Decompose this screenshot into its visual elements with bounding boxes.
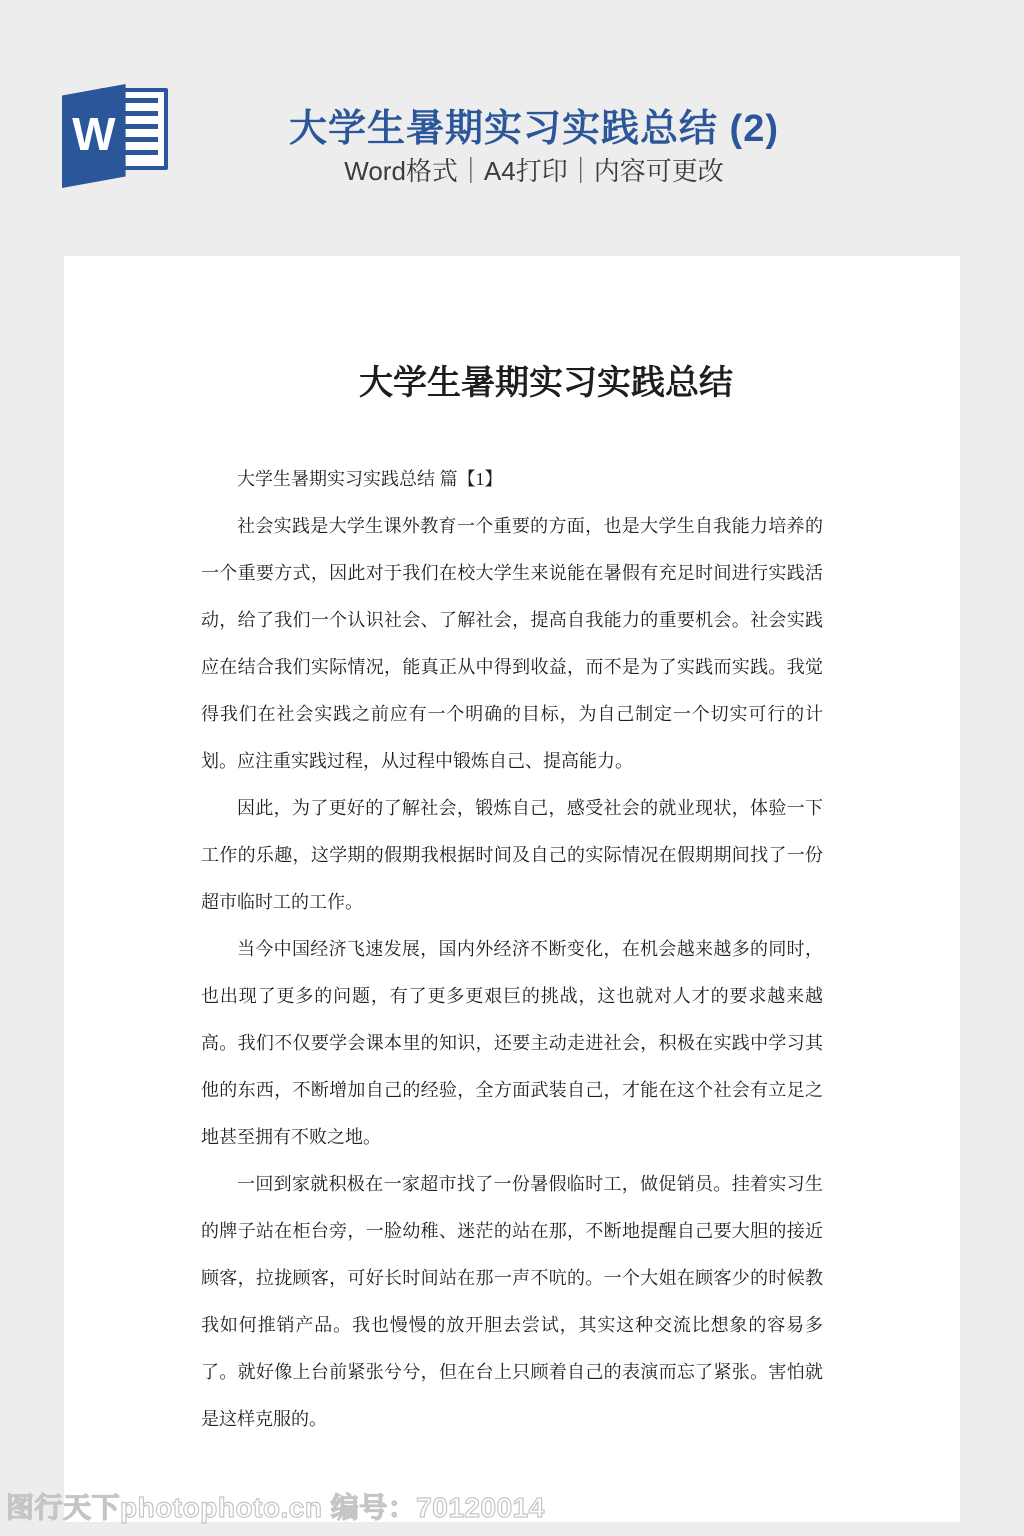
page-subtitle: Word格式｜A4打印｜内容可更改 bbox=[0, 151, 1024, 188]
document-paragraph: 当今中国经济飞速发展，国内外经济不断变化，在机会越来越多的同时，也出现了更多的问… bbox=[201, 926, 823, 1161]
document-body: 大学生暑期实习实践总结 篇【1】 社会实践是大学生课外教育一个重要的方面，也是大… bbox=[201, 456, 823, 1443]
document-paragraph: 因此，为了更好的了解社会，锻炼自己，感受社会的就业现状，体验一下工作的乐趣，这学… bbox=[201, 785, 823, 926]
document-paragraph: 社会实践是大学生课外教育一个重要的方面，也是大学生自我能力培养的一个重要方式，因… bbox=[201, 503, 823, 785]
page-title: 大学生暑期实习实践总结 (2) bbox=[0, 97, 1024, 152]
document-paragraph: 大学生暑期实习实践总结 篇【1】 bbox=[201, 456, 823, 503]
a4-document-page: 大学生暑期实习实践总结 大学生暑期实习实践总结 篇【1】 社会实践是大学生课外教… bbox=[64, 256, 960, 1522]
document-paragraph: 一回到家就积极在一家超市找了一份暑假临时工，做促销员。挂着实习生的牌子站在柜台旁… bbox=[201, 1161, 823, 1443]
document-title: 大学生暑期实习实践总结 bbox=[201, 362, 823, 406]
preview-header: W 大学生暑期实习实践总结 (2) Word格式｜A4打印｜内容可更改 bbox=[0, 0, 1024, 256]
site-watermark: 图行天下photophoto.cn 编号：70120014 bbox=[6, 1486, 545, 1526]
